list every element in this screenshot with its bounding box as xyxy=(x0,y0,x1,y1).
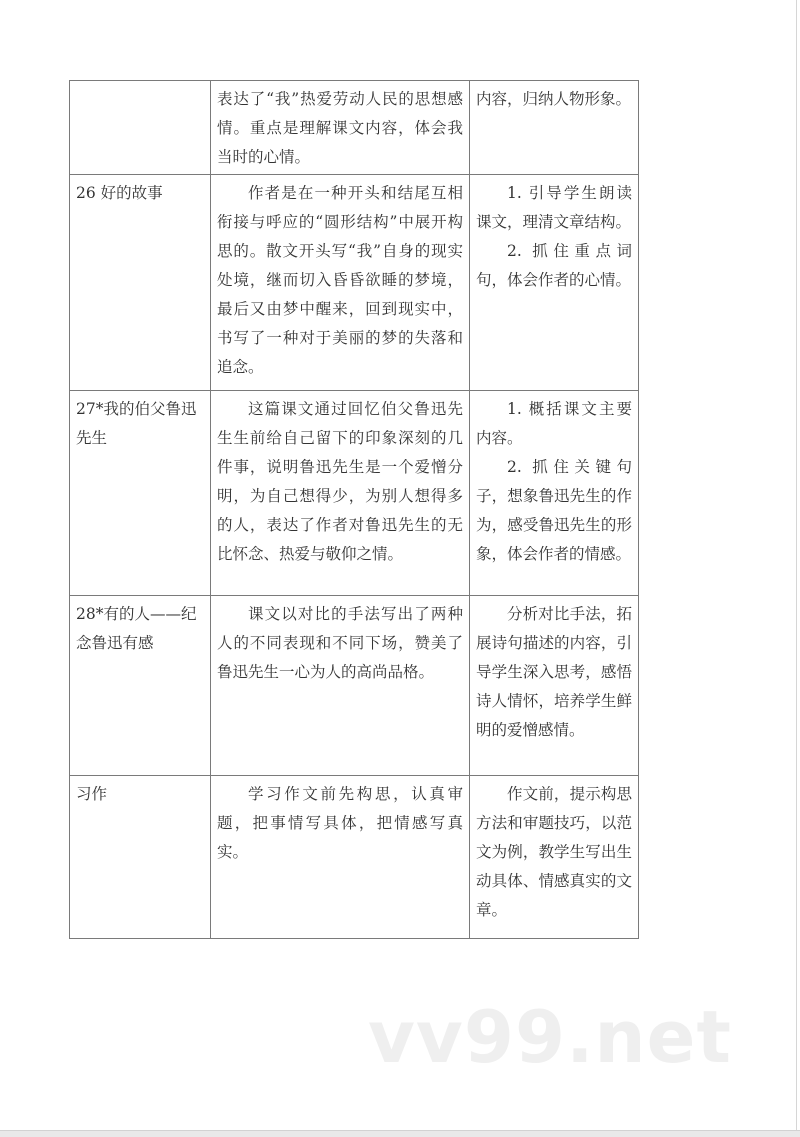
lesson-title-cell xyxy=(70,81,211,175)
teaching-goal-cell: 内容，归纳人物形象。 xyxy=(470,81,639,175)
lesson-title: 28*有的人——纪念鲁迅有感 xyxy=(76,605,196,652)
teaching-goal: 1. 概括课文主要内容。 xyxy=(476,395,632,453)
lesson-description: 表达了“我”热爱劳动人民的思想感情。重点是理解课文内容，体会我当时的心情。 xyxy=(217,85,463,172)
lesson-description: 这篇课文通过回忆伯父鲁迅先生生前给自己留下的印象深刻的几件事，说明鲁迅先生是一个… xyxy=(217,395,463,569)
lesson-plan-table: 表达了“我”热爱劳动人民的思想感情。重点是理解课文内容，体会我当时的心情。 内容… xyxy=(69,80,639,939)
lesson-title: 习作 xyxy=(76,785,107,803)
lesson-description: 作者是在一种开头和结尾互相衔接与呼应的“圆形结构”中展开构思的。散文开头写“我”… xyxy=(217,179,463,382)
teaching-goal: 内容，归纳人物形象。 xyxy=(476,85,632,114)
lesson-title: 26 好的故事 xyxy=(76,184,163,202)
page-bottom-separator xyxy=(0,1130,800,1137)
lesson-title: 27*我的伯父鲁迅先生 xyxy=(76,400,196,447)
teaching-goal-cell: 1. 概括课文主要内容。 2. 抓住关键句子，想象鲁迅先生的作为，感受鲁迅先生的… xyxy=(470,391,639,596)
teaching-goal: 2. 抓住重点词句，体会作者的心情。 xyxy=(476,237,632,295)
lesson-title-cell: 28*有的人——纪念鲁迅有感 xyxy=(70,596,211,776)
lesson-description-cell: 学习作文前先构思，认真审题，把事情写具体，把情感写真实。 xyxy=(211,776,470,939)
teaching-goal: 1. 引导学生朗读课文，理清文章结构。 xyxy=(476,179,632,237)
teaching-goal: 作文前，提示构思方法和审题技巧，以范文为例，教学生写出生动具体、情感真实的文章。 xyxy=(476,780,632,925)
lesson-description: 学习作文前先构思，认真审题，把事情写具体，把情感写真实。 xyxy=(217,780,463,867)
lesson-title-cell: 习作 xyxy=(70,776,211,939)
teaching-goal: 2. 抓住关键句子，想象鲁迅先生的作为，感受鲁迅先生的形象，体会作者的情感。 xyxy=(476,453,632,569)
table-row: 表达了“我”热爱劳动人民的思想感情。重点是理解课文内容，体会我当时的心情。 内容… xyxy=(70,81,639,175)
lesson-description-cell: 作者是在一种开头和结尾互相衔接与呼应的“圆形结构”中展开构思的。散文开头写“我”… xyxy=(211,175,470,391)
lesson-description-cell: 课文以对比的手法写出了两种人的不同表现和不同下场，赞美了鲁迅先生一心为人的高尚品… xyxy=(211,596,470,776)
table-row: 27*我的伯父鲁迅先生 这篇课文通过回忆伯父鲁迅先生生前给自己留下的印象深刻的几… xyxy=(70,391,639,596)
table-row: 26 好的故事 作者是在一种开头和结尾互相衔接与呼应的“圆形结构”中展开构思的。… xyxy=(70,175,639,391)
lesson-description-cell: 这篇课文通过回忆伯父鲁迅先生生前给自己留下的印象深刻的几件事，说明鲁迅先生是一个… xyxy=(211,391,470,596)
lesson-description-cell: 表达了“我”热爱劳动人民的思想感情。重点是理解课文内容，体会我当时的心情。 xyxy=(211,81,470,175)
lesson-title-cell: 26 好的故事 xyxy=(70,175,211,391)
teaching-goal-cell: 1. 引导学生朗读课文，理清文章结构。 2. 抓住重点词句，体会作者的心情。 xyxy=(470,175,639,391)
teaching-goal-cell: 分析对比手法，拓展诗句描述的内容，引导学生深入思考，感悟诗人情怀，培养学生鲜明的… xyxy=(470,596,639,776)
teaching-goal-cell: 作文前，提示构思方法和审题技巧，以范文为例，教学生写出生动具体、情感真实的文章。 xyxy=(470,776,639,939)
table-row: 习作 学习作文前先构思，认真审题，把事情写具体，把情感写真实。 作文前，提示构思… xyxy=(70,776,639,939)
teaching-goal: 分析对比手法，拓展诗句描述的内容，引导学生深入思考，感悟诗人情怀，培养学生鲜明的… xyxy=(476,600,632,745)
table-row: 28*有的人——纪念鲁迅有感 课文以对比的手法写出了两种人的不同表现和不同下场，… xyxy=(70,596,639,776)
page-edge xyxy=(796,0,797,1130)
lesson-description: 课文以对比的手法写出了两种人的不同表现和不同下场，赞美了鲁迅先生一心为人的高尚品… xyxy=(217,600,463,687)
watermark-text: vv99.net xyxy=(368,995,732,1079)
lesson-title-cell: 27*我的伯父鲁迅先生 xyxy=(70,391,211,596)
